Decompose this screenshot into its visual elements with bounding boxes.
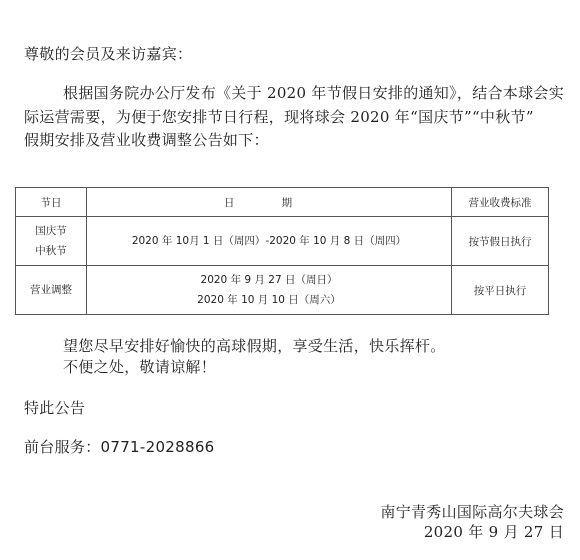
date-range: 2020 年 10月 1 日（周四）-2020 年 10 月 8 日（周四） [87,231,451,251]
cell-fee: 按平日执行 [452,266,549,315]
closing-line-1: 望您尽早安排好愉快的高球假期，享受生活，快乐挥杆。 [63,337,446,355]
date-entry: 2020 年 10 月 10 日（周六） [87,290,451,310]
header-fee: 营业收费标准 [452,188,549,217]
holiday-name: 中秋节 [16,241,86,261]
header-dates-label: 日 期 [224,197,314,209]
table-header-row: 节日 日 期 营业收费标准 [16,188,549,217]
holiday-name: 营业调整 [16,280,86,300]
cell-fee: 按节假日执行 [452,217,549,266]
cell-holiday: 营业调整 [16,266,87,315]
intro-line-2: 际运营需要，为便于您安排节日行程，现将球会 2020 年“国庆节”“中秋节” [24,108,534,126]
header-dates: 日 期 [87,188,452,217]
contact-line: 前台服务：0771-2028866 [24,438,215,456]
closing-line-2: 不便之处，敬请谅解！ [63,358,216,376]
date-entry: 2020 年 9 月 27 日（周日） [87,270,451,290]
cell-holiday: 国庆节 中秋节 [16,217,87,266]
contact-label: 前台服务： [24,438,101,456]
holiday-name: 国庆节 [16,221,86,241]
holiday-schedule-table: 节日 日 期 营业收费标准 国庆节 中秋节 2020 年 10月 1 日（周四）… [15,187,549,315]
signature-org: 南宁青秀山国际高尔夫球会 [380,503,564,521]
cell-dates: 2020 年 9 月 27 日（周日） 2020 年 10 月 10 日（周六） [87,266,452,315]
signature-date: 2020 年 9 月 27 日 [424,523,564,541]
announcement: 特此公告 [24,399,85,417]
table-row: 国庆节 中秋节 2020 年 10月 1 日（周四）-2020 年 10 月 8… [16,217,549,266]
header-holiday: 节日 [16,188,87,217]
table-row: 营业调整 2020 年 9 月 27 日（周日） 2020 年 10 月 10 … [16,266,549,315]
greeting: 尊敬的会员及来访嘉宾： [24,45,192,63]
intro-line-3: 假期安排及营业收费调整公告如下： [24,131,269,149]
contact-phone: 0771-2028866 [101,438,215,456]
cell-dates: 2020 年 10月 1 日（周四）-2020 年 10 月 8 日（周四） [87,217,452,266]
intro-line-1: 根据国务院办公厅发布《关于 2020 年节假日安排的通知》，结合本球会实 [63,84,564,102]
